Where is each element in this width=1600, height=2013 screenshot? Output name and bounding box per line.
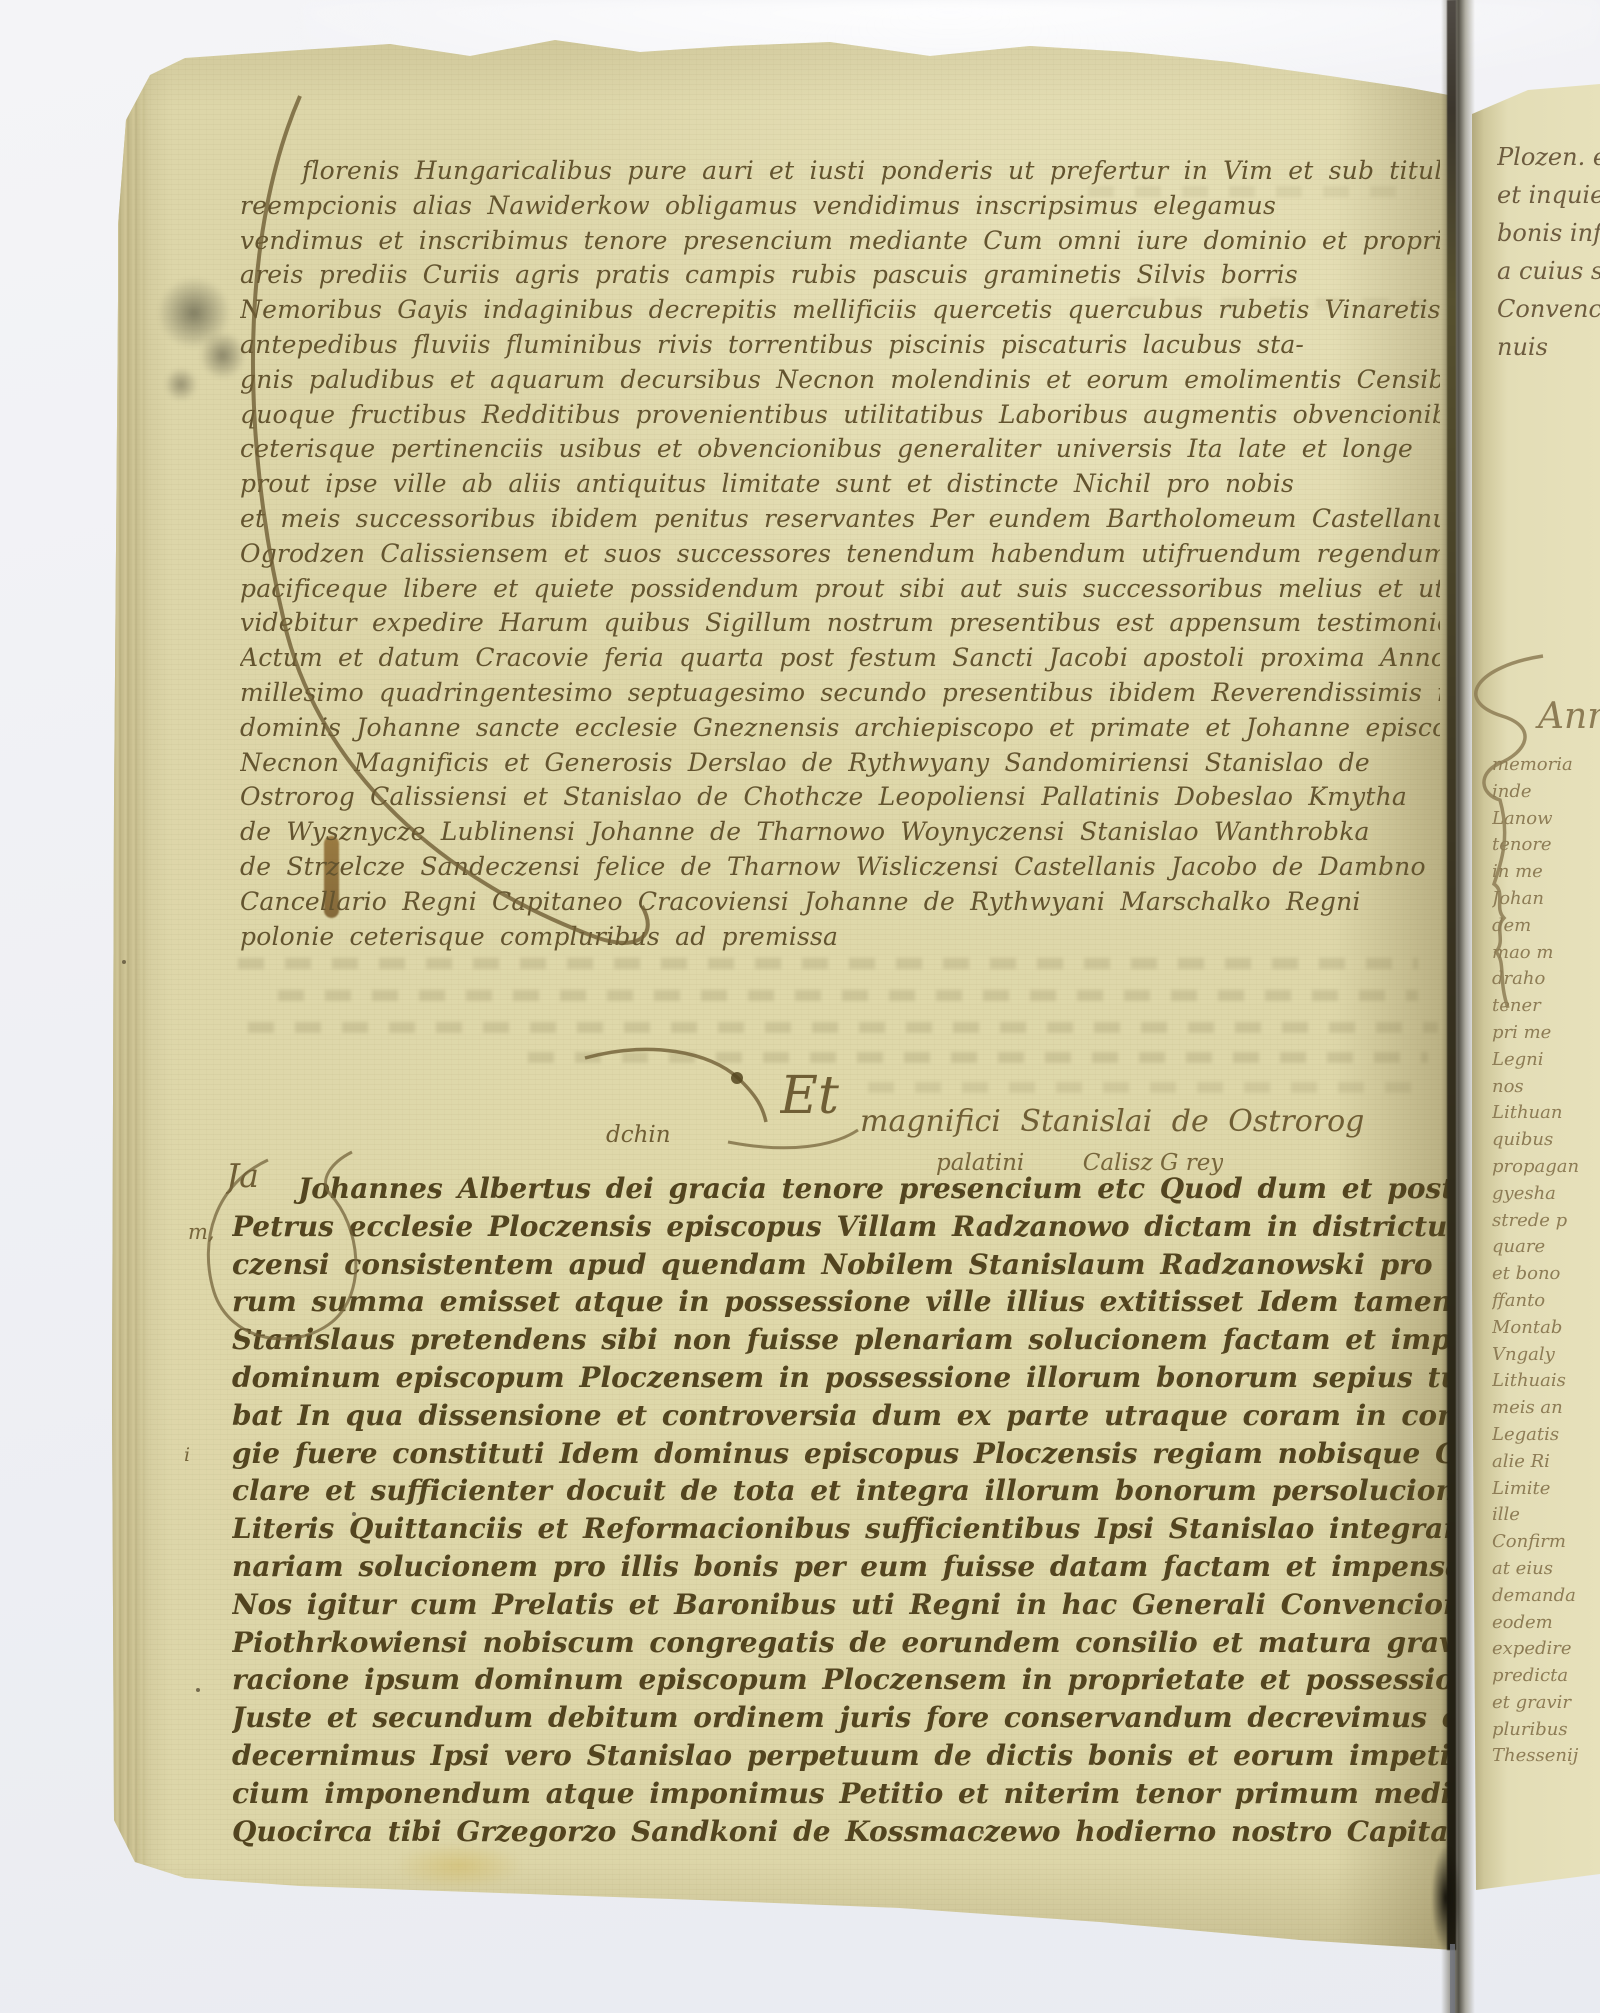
- manuscript-line: dominum episcopum Ploczensem in possessi…: [232, 1359, 1448, 1397]
- manuscript-line: florenis Hungaricalibus pure auri et ius…: [240, 154, 1440, 189]
- manuscript-line: quare: [1492, 1234, 1600, 1261]
- binding-thread-tail: [1450, 1944, 1455, 2013]
- manuscript-line: Limite: [1492, 1476, 1600, 1503]
- manuscript-line: bat In qua dissensione et controversia d…: [232, 1397, 1448, 1435]
- manuscript-line: predicta: [1492, 1663, 1600, 1690]
- manuscript-line: vendimus et inscribimus tenore presenciu…: [240, 224, 1440, 259]
- manuscript-line: ille: [1492, 1502, 1600, 1529]
- manuscript-line: dominis Johanne sancte ecclesie Gneznens…: [240, 711, 1440, 746]
- manuscript-line: gnis paludibus et aquarum decursibus Nec…: [240, 363, 1440, 398]
- manuscript-line: inde: [1492, 779, 1600, 806]
- manuscript-line: gyesha: [1492, 1181, 1600, 1208]
- ink-show-through: [248, 1022, 1438, 1033]
- manuscript-line: Lanow: [1492, 806, 1600, 833]
- manuscript-line: ceterisque pertinenciis usibus et obvenc…: [240, 432, 1440, 467]
- manuscript-line: Actum et datum Cracovie feria quarta pos…: [240, 641, 1440, 676]
- manuscript-line: Johan: [1492, 886, 1600, 913]
- manuscript-line: prout ipse ville ab aliis antiquitus lim…: [240, 467, 1440, 502]
- manuscript-line: cium imponendum atque imponimus Petitio …: [232, 1775, 1448, 1813]
- manuscript-line: Ogrodzen Calissiensem et suos successore…: [240, 537, 1440, 572]
- manuscript-line: propagan: [1492, 1154, 1600, 1181]
- manuscript-line: rum summa emisset atque in possessione v…: [232, 1283, 1448, 1321]
- manuscript-line: decernimus Ipsi vero Stanislao perpetuum…: [232, 1737, 1448, 1775]
- manuscript-line: Legatis: [1492, 1422, 1600, 1449]
- manuscript-line: Nemoribus Gayis indaginibus decrepitis m…: [240, 293, 1440, 328]
- ink-show-through: [868, 1082, 1428, 1093]
- manuscript-line: Piothrkowiensi nobiscum congregatis de e…: [232, 1624, 1448, 1662]
- manuscript-line: Thessenij: [1492, 1743, 1600, 1770]
- manuscript-line: Juste et secundum debitum ordinem juris …: [232, 1699, 1448, 1737]
- manuscript-line: et meis successoribus ibidem penitus res…: [240, 502, 1440, 537]
- manuscript-line: Montab: [1492, 1315, 1600, 1342]
- manuscript-line: quibus: [1492, 1127, 1600, 1154]
- manuscript-line: Ostrorog Calissiensi et Stanislao de Cho…: [240, 780, 1440, 815]
- manuscript-line: reempcionis alias Nawiderkow obligamus v…: [240, 189, 1440, 224]
- manuscript-line: mao m: [1492, 940, 1600, 967]
- manuscript-line: clare et sufficienter docuit de tota et …: [232, 1472, 1448, 1510]
- manuscript-line: Vngaly: [1492, 1342, 1600, 1369]
- manuscript-line: Quocirca tibi Grzegorzo Sandkoni de Koss…: [232, 1813, 1448, 1851]
- manuscript-line: Johannes Albertus dei gracia tenore pres…: [232, 1170, 1448, 1208]
- section-heading-initial: Et: [780, 1066, 839, 1126]
- manuscript-line: Petrus ecclesie Ploczensis episcopus Vil…: [232, 1208, 1448, 1246]
- manuscript-line: areis prediis Curiis agris pratis campis…: [240, 258, 1440, 293]
- manuscript-line: pluribus: [1492, 1717, 1600, 1744]
- binding-thread: [1447, 0, 1456, 1950]
- manuscript-line: de Strzelcze Sandeczensi felice de Tharn…: [240, 850, 1440, 885]
- manuscript-line: meis an: [1492, 1395, 1600, 1422]
- ink-show-through: [278, 990, 1418, 1001]
- lower-text-block: Johannes Albertus dei gracia tenore pres…: [232, 1170, 1448, 1850]
- manuscript-line: videbitur expedire Harum quibus Sigillum…: [240, 606, 1440, 641]
- manuscript-line: nariam solucionem pro illis bonis per eu…: [232, 1548, 1448, 1586]
- manuscript-line: Necnon Magnificis et Generosis Derslao d…: [240, 746, 1440, 781]
- manuscript-line: Nos igitur cum Prelatis et Baronibus uti…: [232, 1586, 1448, 1624]
- manuscript-line: pacificeque libere et quiete possidendum…: [240, 572, 1440, 607]
- manuscript-line: alie Ri: [1492, 1449, 1600, 1476]
- manuscript-line: demanda: [1492, 1583, 1600, 1610]
- heading-catchword: dchin: [606, 1122, 671, 1148]
- ink-show-through: [238, 958, 1418, 969]
- manuscript-line: Plozen. et: [1497, 138, 1600, 176]
- scanned-manuscript-photo: florenis Hungaricalibus pure auri et ius…: [0, 0, 1600, 2013]
- manuscript-line: tener: [1492, 993, 1600, 1020]
- manuscript-line: czensi consistentem apud quendam Nobilem…: [232, 1246, 1448, 1284]
- manuscript-line: tenore: [1492, 832, 1600, 859]
- manuscript-line: Lithuais: [1492, 1368, 1600, 1395]
- manuscript-line: ffanto: [1492, 1288, 1600, 1315]
- manuscript-line: nuis: [1497, 328, 1600, 366]
- manuscript-line: Convencoe: [1497, 290, 1600, 328]
- manuscript-line: Stanislaus pretendens sibi non fuisse pl…: [232, 1321, 1448, 1359]
- manuscript-line: et gravir: [1492, 1690, 1600, 1717]
- ink-show-through: [528, 1052, 1428, 1063]
- book-fore-edge-leaves: [108, 54, 150, 1890]
- manuscript-line: Cancellario Regni Capitaneo Cracoviensi …: [240, 885, 1440, 920]
- manuscript-line: et inquietud: [1497, 176, 1600, 214]
- margin-note-m: m,: [188, 1220, 215, 1244]
- manuscript-line: racione ipsum dominum episcopum Ploczens…: [232, 1661, 1448, 1699]
- facing-page-top-annotations: Plozen. etet inquietudbonis infera cuius…: [1497, 138, 1600, 366]
- facing-page-text-column: memoriaindeLanowtenorein meJohandemmao m…: [1492, 752, 1600, 1770]
- manuscript-line: bonis infer: [1497, 214, 1600, 252]
- manuscript-page: florenis Hungaricalibus pure auri et ius…: [108, 36, 1454, 1950]
- manuscript-line: polonie ceterisque compluribus ad premis…: [240, 920, 1440, 955]
- manuscript-line: nos: [1492, 1074, 1600, 1101]
- manuscript-line: expedire: [1492, 1636, 1600, 1663]
- facing-page-sliver: Plozen. etet inquietudbonis infera cuius…: [1468, 84, 1600, 1894]
- manuscript-line: at eius: [1492, 1556, 1600, 1583]
- manuscript-line: memoria: [1492, 752, 1600, 779]
- manuscript-line: a cuius serq: [1497, 252, 1600, 290]
- upper-text-block: florenis Hungaricalibus pure auri et ius…: [240, 154, 1440, 954]
- manuscript-line: antepedibus fluviis fluminibus rivis tor…: [240, 328, 1440, 363]
- manuscript-line: millesimo quadringentesimo septuagesimo …: [240, 676, 1440, 711]
- manuscript-line: pri me: [1492, 1020, 1600, 1047]
- manuscript-line: in me: [1492, 859, 1600, 886]
- manuscript-line: draho: [1492, 966, 1600, 993]
- manuscript-line: gie fuere constituti Idem dominus episco…: [232, 1435, 1448, 1473]
- manuscript-line: Lithuan: [1492, 1100, 1600, 1127]
- manuscript-line: eodem: [1492, 1610, 1600, 1637]
- ink-speck: [122, 960, 126, 964]
- manuscript-line: dem: [1492, 913, 1600, 940]
- manuscript-line: de Wysznycze Lublinensi Johanne de Tharn…: [240, 815, 1440, 850]
- manuscript-line: Confirm: [1492, 1529, 1600, 1556]
- manuscript-line: et bono: [1492, 1261, 1600, 1288]
- ink-speck: [196, 1688, 200, 1692]
- binding-thread-knot: [1432, 1848, 1460, 1948]
- facing-page-anno-word: Anno: [1538, 696, 1600, 737]
- section-heading: magnifici Stanislai de Ostrorog: [860, 1104, 1364, 1139]
- manuscript-line: strede p: [1492, 1208, 1600, 1235]
- manuscript-line: Legni: [1492, 1047, 1600, 1074]
- margin-note-i: i: [184, 1444, 190, 1466]
- manuscript-line: quoque fructibus Redditibus provenientib…: [240, 398, 1440, 433]
- manuscript-line: Literis Quittanciis et Reformacionibus s…: [232, 1510, 1448, 1548]
